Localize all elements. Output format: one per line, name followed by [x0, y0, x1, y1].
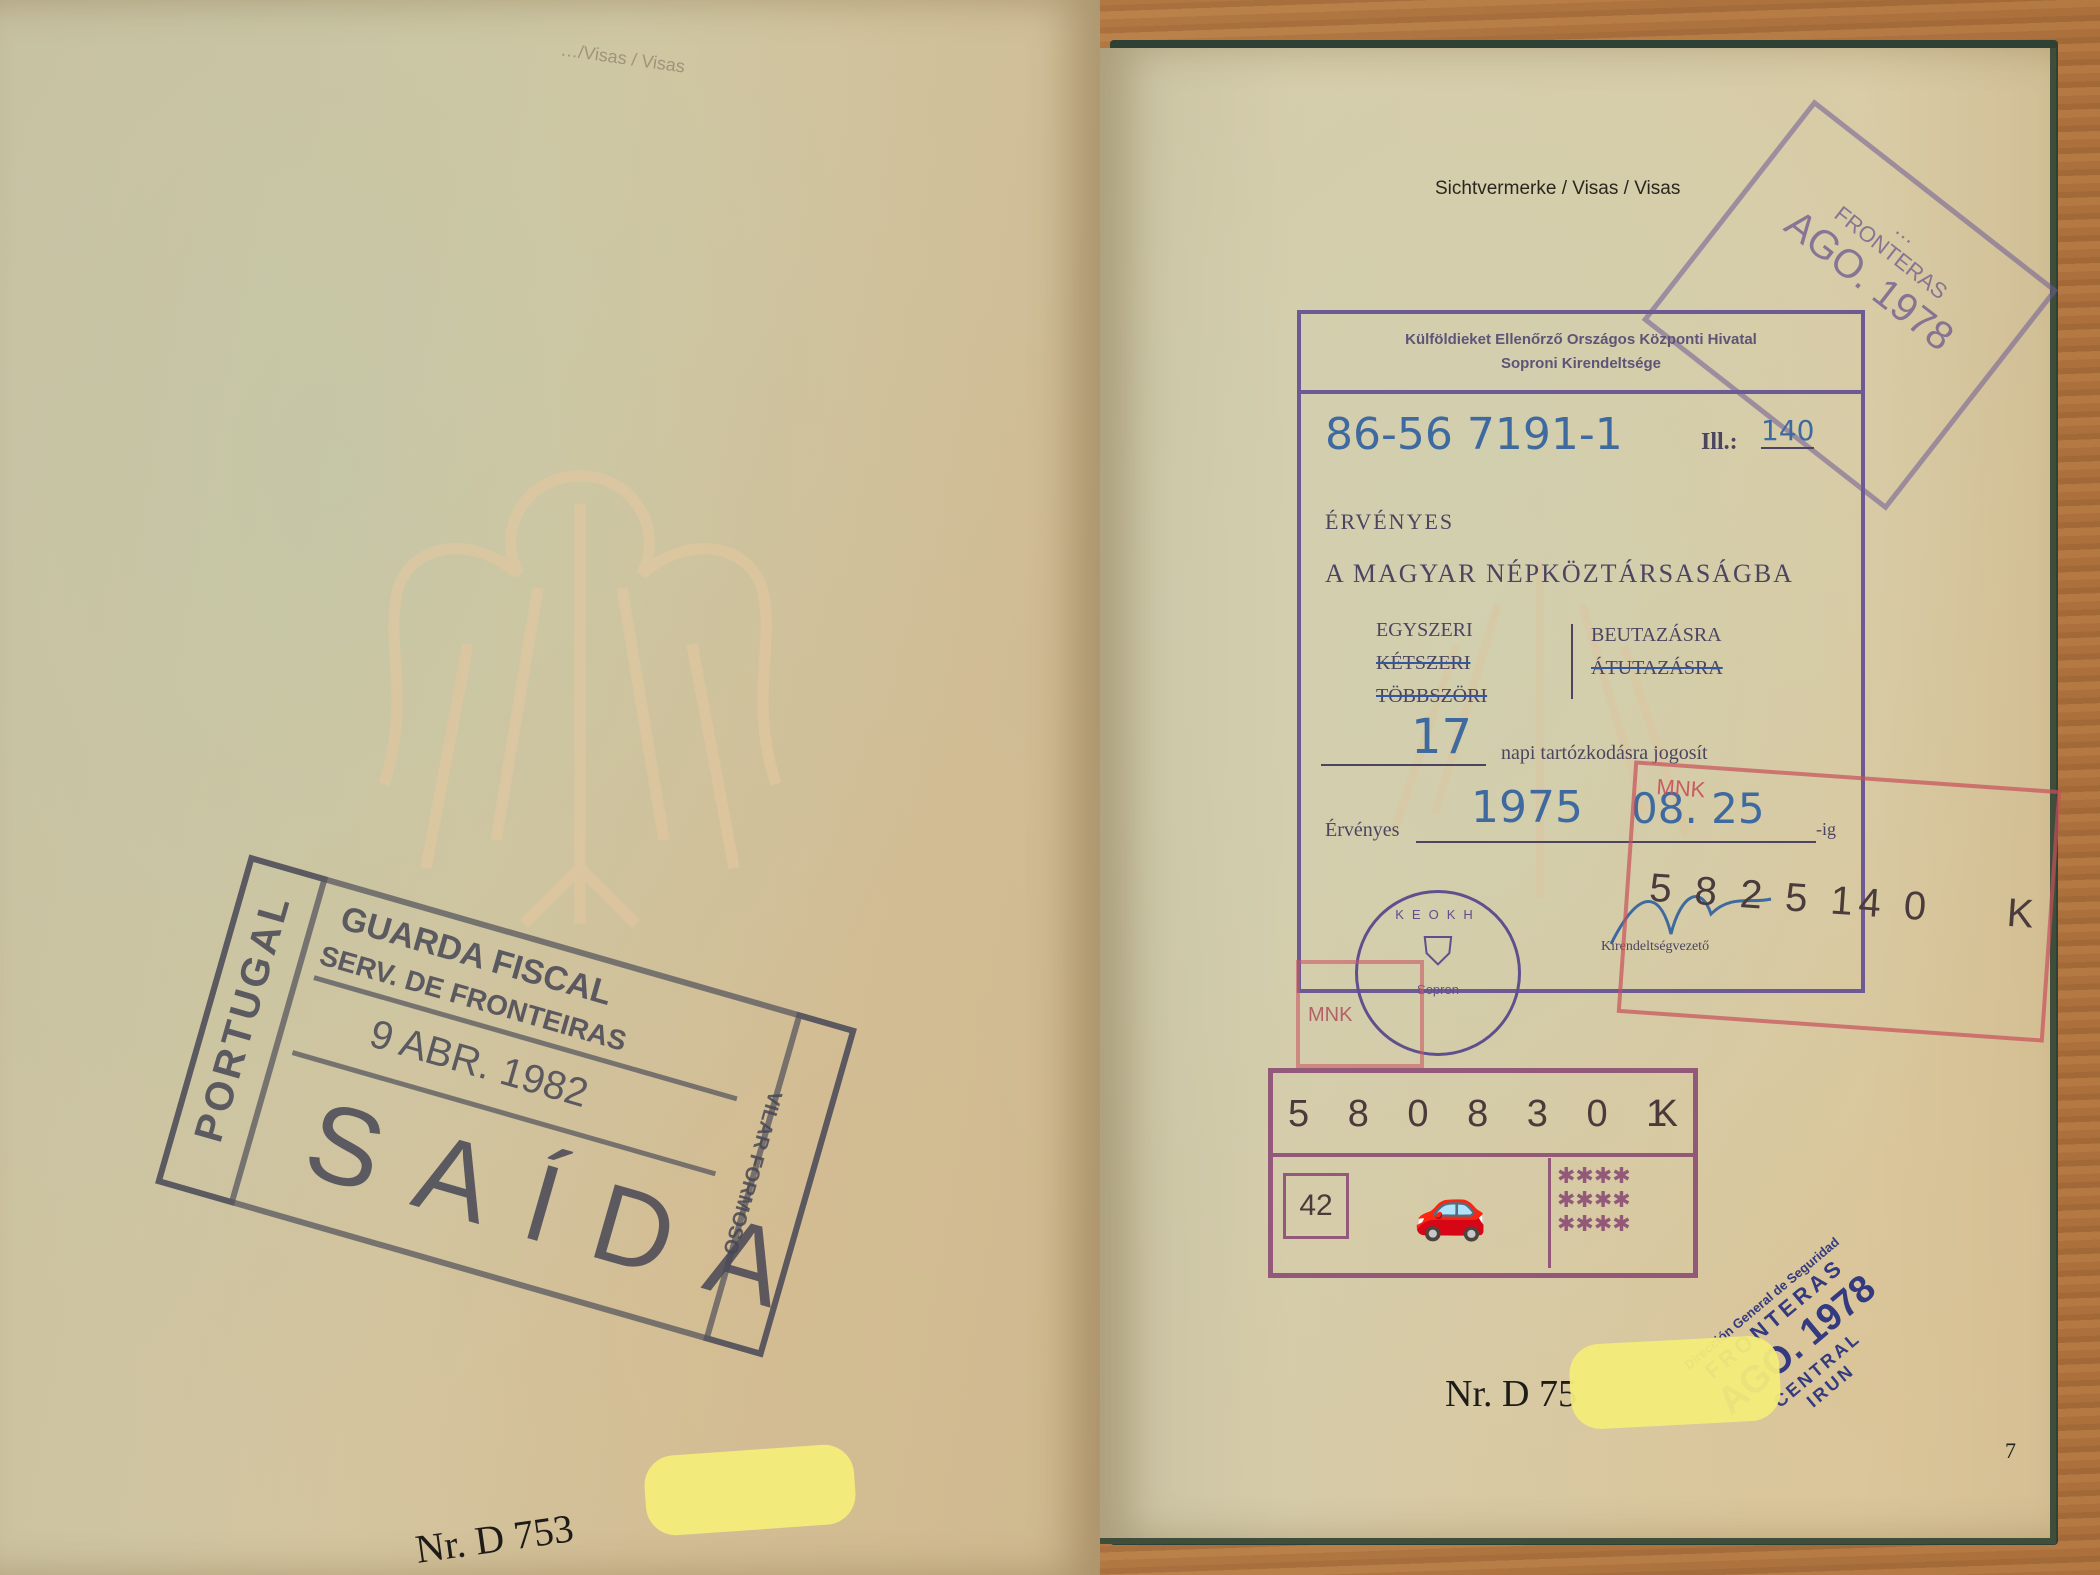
visa-agency: Külföldieket Ellenőrző Országos Központi… — [1301, 314, 1861, 394]
agency-name: Külföldieket Ellenőrző Országos Központi… — [1301, 328, 1861, 352]
entry-count-options: EGYSZERI KÉTSZERI TÖBBSZÖRI — [1376, 614, 1487, 713]
red-entry-stamp: MNK 5 8 2 5 14 0 K — [1617, 760, 2062, 1042]
passport-number-left: Nr. D 753 — [413, 1504, 577, 1573]
left-page-header: …/Visas / Visas — [559, 39, 686, 77]
stamp-box-number: 42 — [1283, 1173, 1349, 1239]
page-number: 7 — [2005, 1438, 2016, 1464]
stamp-pattern: ✱✱✱✱✱✱✱✱✱✱✱✱ — [1548, 1158, 1688, 1268]
agency-branch: Soproni Kirendeltsége — [1301, 352, 1861, 376]
option-once: EGYSZERI — [1376, 614, 1487, 647]
days-value: 17 — [1411, 709, 1472, 765]
stamp-header: MNK — [1656, 774, 1707, 803]
visa-page-header: Sichtvermerke / Visas / Visas — [1435, 178, 1680, 200]
redaction-mark — [642, 1443, 857, 1537]
passport-number-right: Nr. D 75 — [1445, 1372, 1577, 1416]
fee-value: 140 — [1761, 414, 1814, 449]
car-border-stamp: 5 8 0 8 3 0 1 K 42 🚗 ✱✱✱✱✱✱✱✱✱✱✱✱ — [1268, 1068, 1698, 1278]
seal-text: KEOKH — [1358, 907, 1518, 922]
stamp-header: MNK — [1308, 1004, 1420, 1027]
car-icon: 🚗 — [1413, 1173, 1488, 1244]
option-transit: ÁTUTAZÁSRA — [1591, 652, 1723, 685]
valid-label: ÉRVÉNYES — [1325, 509, 1454, 535]
country-text: A MAGYAR NÉPKÖZTÁRSASÁGBA — [1325, 559, 1794, 589]
days-text: napi tartózkodásra jogosít — [1501, 742, 1708, 765]
redaction-mark — [1568, 1335, 1782, 1431]
stamp-letter: K — [2005, 891, 2035, 938]
stamp-code: 5 8 2 5 14 0 — [1648, 866, 1934, 931]
left-passport-page: …/Visas / Visas PORTUGAL VILAR FORMOSO G… — [0, 0, 1100, 1575]
valid-until-year: 1975 — [1471, 782, 1583, 833]
valid-until-label: Érvényes — [1325, 819, 1399, 842]
option-twice: KÉTSZERI — [1376, 647, 1487, 680]
stamp-code: 5 8 0 8 3 0 1 — [1288, 1093, 1681, 1136]
visa-number: 86-56 7191-1 — [1325, 409, 1623, 460]
entry-type-options: BEUTAZÁSRA ÁTUTAZÁSRA — [1591, 619, 1723, 685]
fee-label: Ill.: — [1701, 429, 1738, 456]
stamp-country: PORTUGAL — [186, 888, 300, 1147]
mnk-stamp: MNK — [1296, 960, 1424, 1068]
stamp-letter: K — [1653, 1093, 1678, 1136]
option-entry: BEUTAZÁSRA — [1591, 619, 1723, 652]
